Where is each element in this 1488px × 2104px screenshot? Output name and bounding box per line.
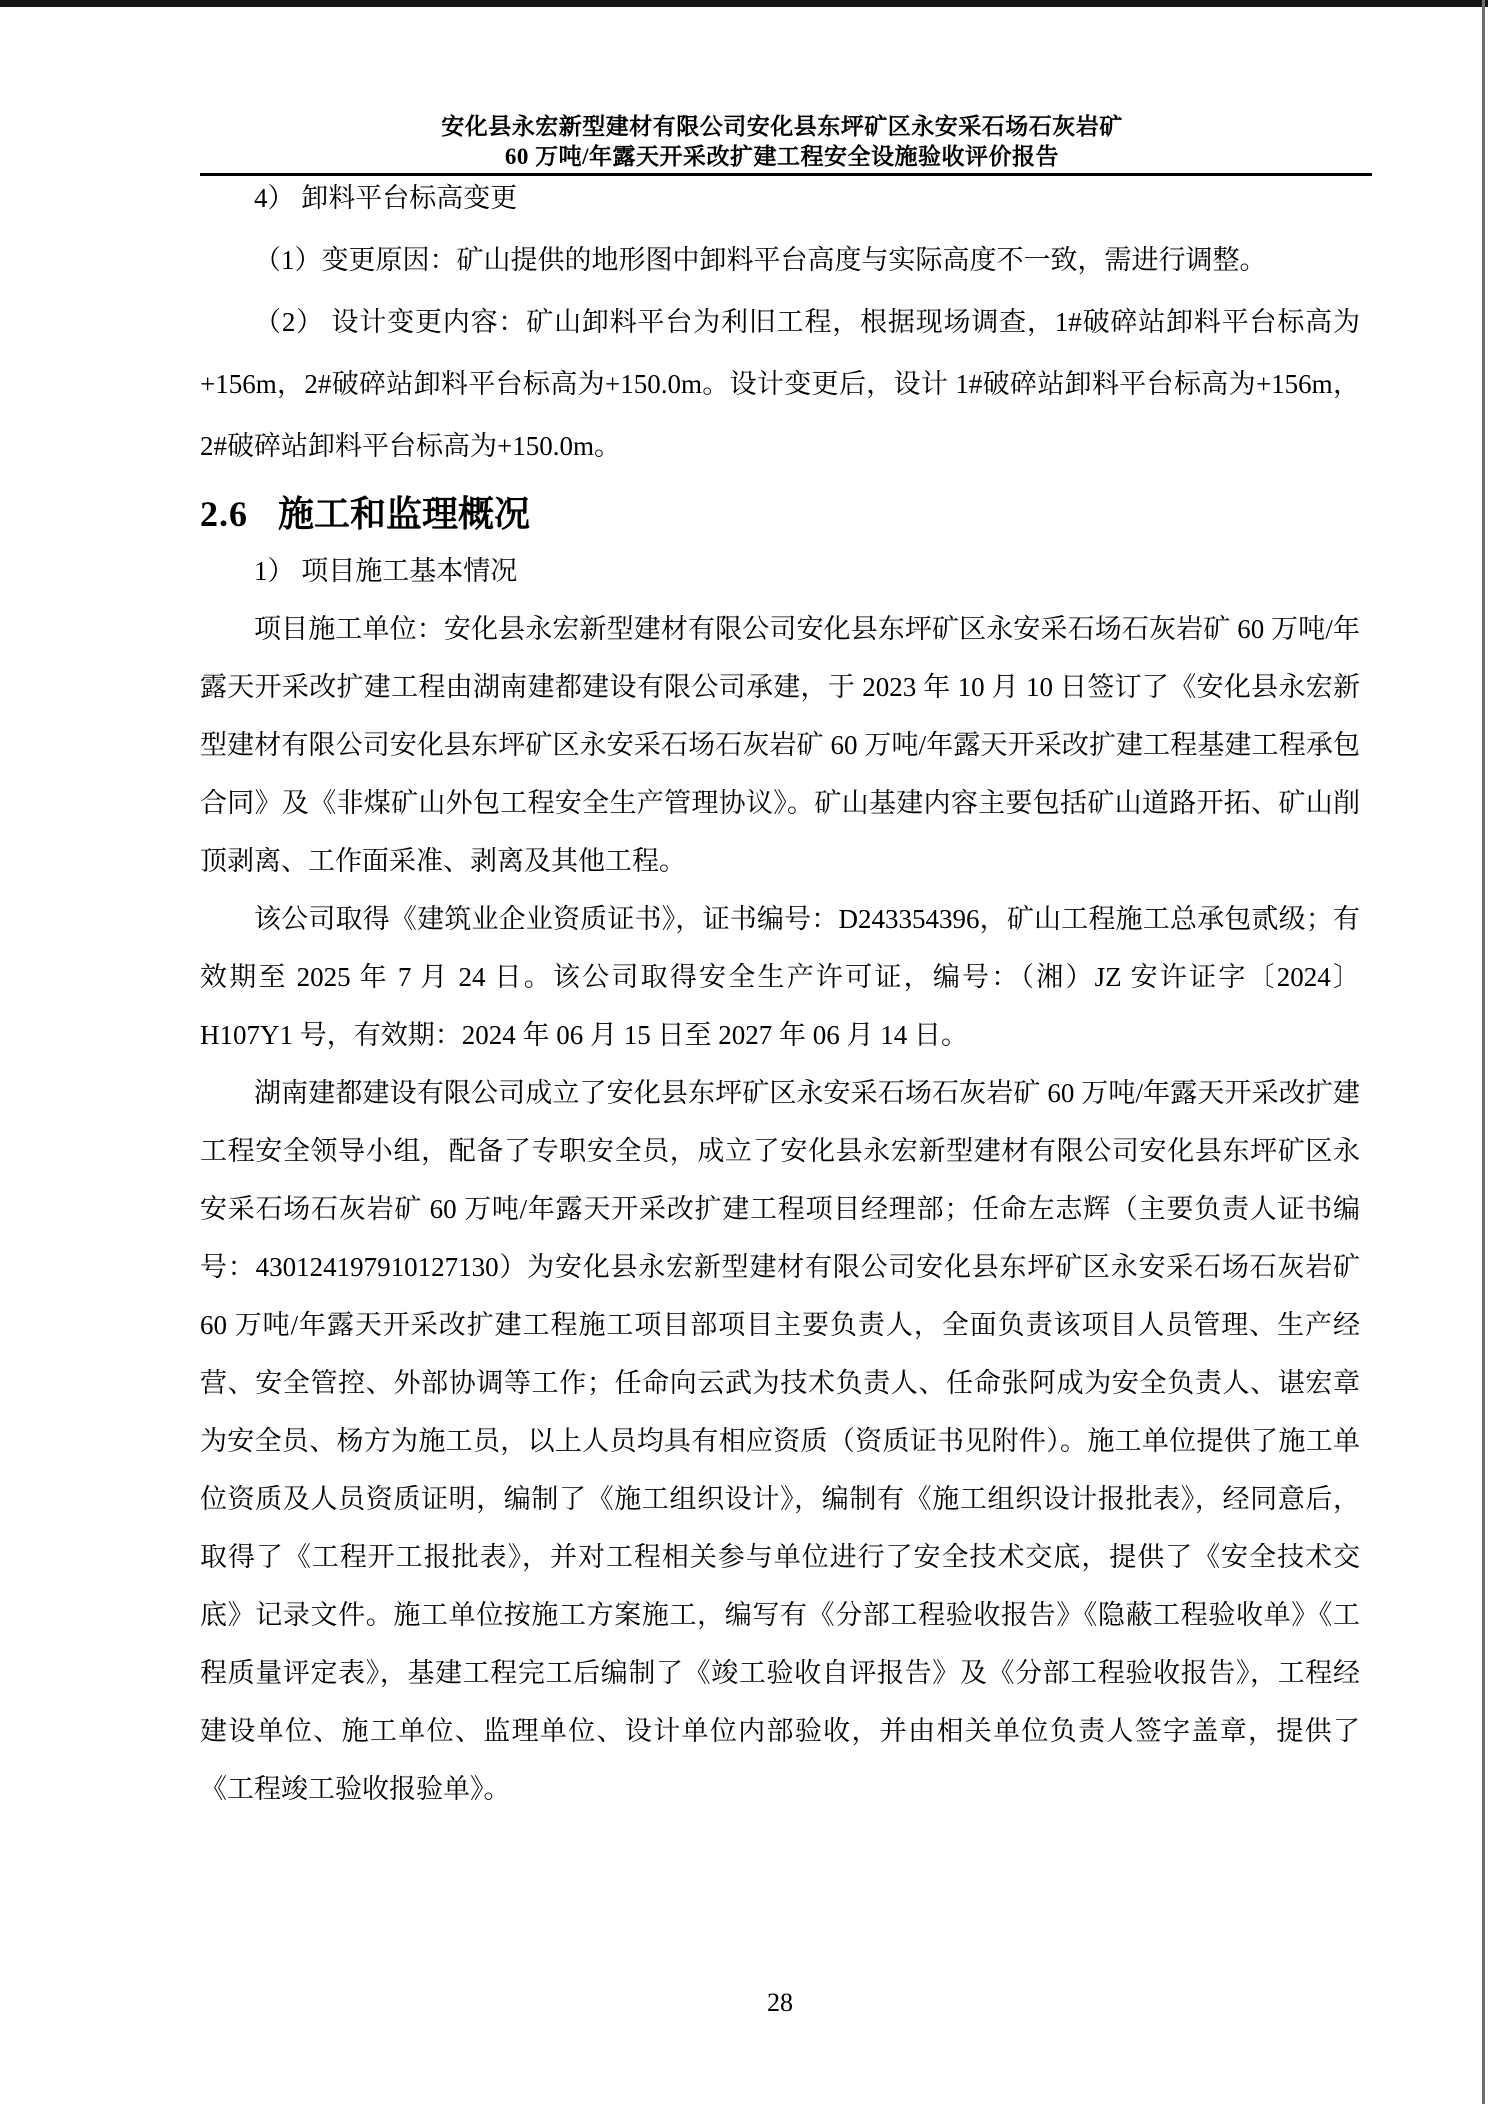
- paragraph-safety-organization: 湖南建都建设有限公司成立了安化县东坪矿区永安采石场石灰岩矿 60 万吨/年露天开…: [200, 1064, 1360, 1818]
- paragraph-unloading-platform-title: 4） 卸料平台标高变更: [200, 167, 1360, 229]
- paragraph-qualification-certificates: 该公司取得《建筑业企业资质证书》，证书编号：D243354396，矿山工程施工总…: [200, 890, 1360, 1064]
- scan-artifact-top-edge: [0, 0, 1488, 7]
- document-body: 4） 卸料平台标高变更 （1）变更原因：矿山提供的地形图中卸料平台高度与实际高度…: [200, 167, 1360, 1818]
- section-construction-supervision: 1） 项目施工基本情况 项目施工单位：安化县永宏新型建材有限公司安化县东坪矿区永…: [200, 542, 1360, 1818]
- section-heading: 2.6施工和监理概况: [200, 491, 1360, 537]
- paragraph-change-content: （2） 设计变更内容：矿山卸料平台为利旧工程，根据现场调查，1#破碎站卸料平台标…: [200, 291, 1360, 477]
- document-page: 安化县永宏新型建材有限公司安化县东坪矿区永安采石场石灰岩矿 60 万吨/年露天开…: [0, 0, 1488, 2104]
- page-number: 28: [200, 1988, 1360, 2018]
- header-line-1: 安化县永宏新型建材有限公司安化县东坪矿区永安采石场石灰岩矿: [200, 112, 1364, 142]
- page-header: 安化县永宏新型建材有限公司安化县东坪矿区永安采石场石灰岩矿 60 万吨/年露天开…: [200, 112, 1364, 172]
- paragraph-change-reason: （1）变更原因：矿山提供的地形图中卸料平台高度与实际高度不一致，需进行调整。: [200, 229, 1360, 291]
- section-design-change: 4） 卸料平台标高变更 （1）变更原因：矿山提供的地形图中卸料平台高度与实际高度…: [200, 167, 1360, 477]
- section-heading-title: 施工和监理概况: [278, 494, 530, 534]
- paragraph-construction-unit: 项目施工单位：安化县永宏新型建材有限公司安化县东坪矿区永安采石场石灰岩矿 60 …: [200, 600, 1360, 890]
- section-heading-number: 2.6: [200, 491, 248, 537]
- paragraph-project-construction-basic: 1） 项目施工基本情况: [200, 542, 1360, 600]
- scan-artifact-right-edge: [1482, 0, 1485, 2104]
